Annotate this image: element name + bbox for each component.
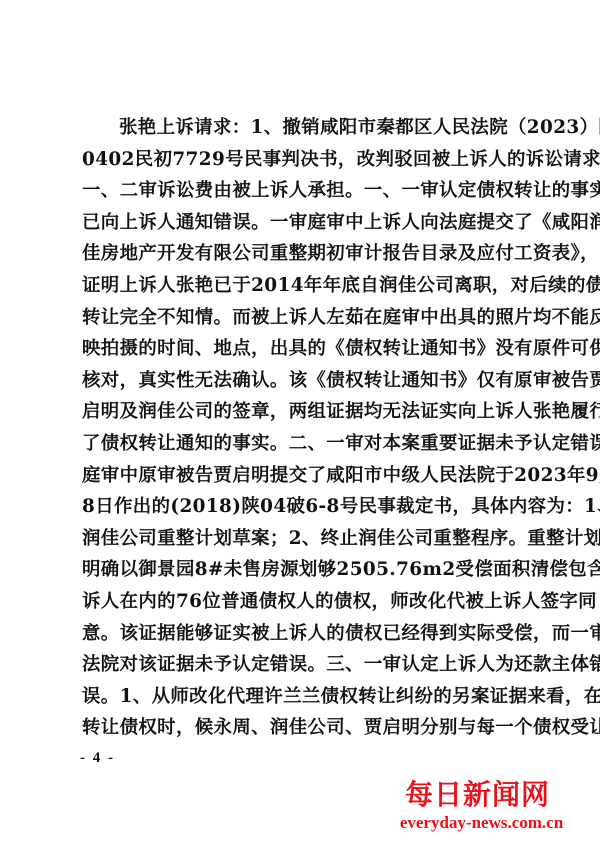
text-line: 张艳上诉请求：1、撤销咸阳市秦都区人民法院（2023）陕 (82, 112, 528, 144)
text-line: 一、二审诉讼费由被上诉人承担。一、一审认定债权转让的事实 (82, 175, 528, 207)
text-line: 明确以御景园8#未售房源划够2505.76m2受偿面积清偿包含被上 (82, 554, 528, 586)
text-line: 核对，真实性无法确认。该《债权转让通知书》仅有原审被告贾 (82, 365, 528, 397)
text-line: 润佳公司重整计划草案；2、终止润佳公司重整程序。重整计划中 (82, 523, 528, 555)
text-line: 法院对该证据未予认定错误。三、一审认定上诉人为还款主体错 (82, 649, 528, 681)
text-line: 意。该证据能够证实被上诉人的债权已经得到实际受偿，而一审 (82, 618, 528, 650)
text-line: 已向上诉人通知错误。一审庭审中上诉人向法庭提交了《咸阳润 (82, 207, 528, 239)
text-line: 误。1、从师改化代理许兰兰债权转让纠纷的另案证据来看，在 (82, 681, 528, 713)
text-line: 了债权转让通知的事实。二、一审对本案重要证据未予认定错误 (82, 428, 528, 460)
document-page: 张艳上诉请求：1、撤销咸阳市秦都区人民法院（2023）陕 0402民初7729号… (0, 0, 600, 848)
watermark-logo: 每日新闻网 everyday-news.com.cn (370, 778, 585, 834)
text-line: 庭审中原审被告贾启明提交了咸阳市中级人民法院于2023年9月 (82, 460, 528, 492)
text-line: 转让债权时，候永周、润佳公司、贾启明分别与每一个债权受让 (82, 712, 528, 744)
text-line: 8日作出的(2018)陕04破6-8号民事裁定书，具体内容为：1、批准 (82, 491, 528, 523)
text-line: 佳房地产开发有限公司重整期初审计报告目录及应付工资表》， (82, 238, 528, 270)
watermark-site-name: 每日新闻网 (370, 778, 585, 812)
page-number: - 4 - (80, 750, 115, 767)
watermark-site-url: everyday-news.com.cn (378, 812, 585, 834)
text-line: 映拍摄的时间、地点，出具的《债权转让通知书》没有原件可供 (82, 333, 528, 365)
text-line: 0402民初7729号民事判决书，改判驳回被上诉人的诉讼请求；2、 (82, 144, 528, 176)
body-text: 张艳上诉请求：1、撤销咸阳市秦都区人民法院（2023）陕 0402民初7729号… (82, 112, 528, 744)
text-line: 诉人在内的76位普通债权人的债权，师改化代被上诉人签字同 (82, 586, 528, 618)
text-line: 转让完全不知情。而被上诉人左茹在庭审中出具的照片均不能反 (82, 302, 528, 334)
text-line: 启明及润佳公司的签章，两组证据均无法证实向上诉人张艳履行 (82, 396, 528, 428)
text-line: 证明上诉人张艳已于2014年年底自润佳公司离职，对后续的债权 (82, 270, 528, 302)
